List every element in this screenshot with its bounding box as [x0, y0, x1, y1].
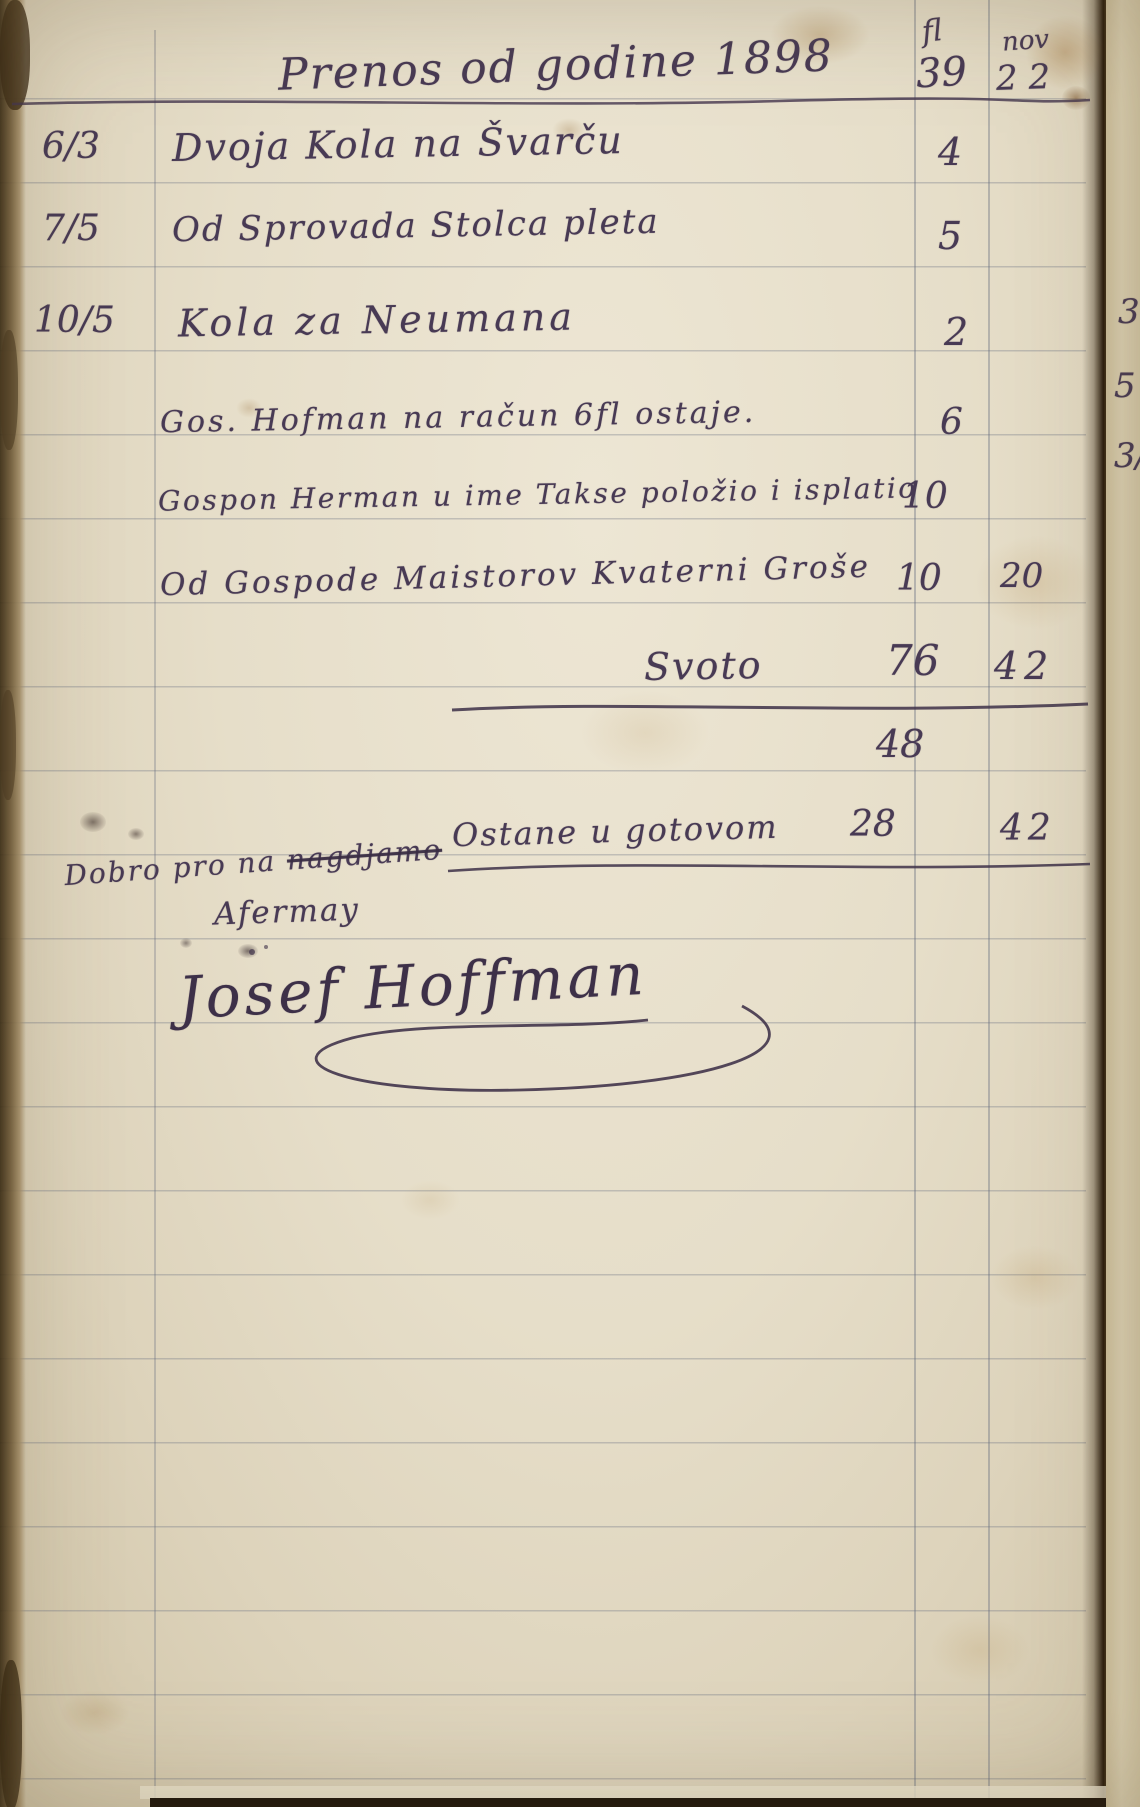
entry-fl: 10	[896, 558, 942, 599]
edge-shadow	[0, 330, 18, 450]
entry-description: Dvoja Kola na Švarču	[172, 118, 624, 170]
page-title: Prenos od godine 1898	[277, 30, 834, 100]
stain	[990, 1245, 1080, 1310]
approval-note-line2: Afermay	[213, 891, 360, 932]
entry-fl: 5	[938, 214, 962, 258]
approval-note-line1: Dobro pro na nagdjamo	[63, 833, 443, 892]
entry-fl: 4	[938, 130, 962, 174]
stain	[930, 1615, 1030, 1685]
stain	[580, 690, 710, 775]
edge-shadow	[0, 0, 30, 110]
facing-page-rules	[1106, 106, 1140, 1807]
total-underline	[452, 704, 1088, 710]
fl-column-line	[914, 0, 916, 1807]
page-bottom-edge	[140, 1786, 1106, 1799]
date-column-line	[154, 30, 156, 1807]
total-label: Svoto	[644, 643, 763, 689]
remainder-underline	[448, 864, 1090, 871]
edge-shadow	[0, 1660, 22, 1807]
carryover-nov: 2 2	[995, 57, 1050, 99]
ink-lines-overlay	[0, 0, 1140, 1807]
entry-fl: 10	[902, 476, 948, 517]
facing-page-fragment: 3	[1118, 292, 1140, 332]
book-gutter	[1082, 0, 1108, 1807]
entry-fl: 2	[944, 310, 968, 354]
entry-nov: 20	[1000, 556, 1043, 596]
entry-description: Od Gospode Maistorov Kvaterni Groše	[160, 549, 872, 604]
edge-shadow	[0, 690, 16, 800]
total-fl: 76	[886, 636, 939, 685]
ink-speck	[264, 945, 268, 949]
stain	[400, 1180, 460, 1220]
remainder-fl: 28	[850, 804, 896, 845]
entry-description: Kola za Neumana	[178, 295, 577, 346]
facing-page-sliver	[1106, 0, 1140, 1807]
entry-description: Od Sprovada Stolca pleta	[172, 202, 660, 251]
remainder-nov: 42	[1000, 808, 1056, 849]
ink-blot	[238, 944, 258, 958]
nov-column-line	[988, 0, 990, 1807]
stain	[60, 1690, 130, 1735]
photo-vignette	[0, 0, 1140, 1807]
entry-fl: 6	[940, 402, 963, 443]
column-header-nov: nov	[1001, 24, 1050, 57]
page-left-edge	[0, 0, 26, 1807]
ink-blot	[180, 938, 192, 948]
total-nov: 42	[994, 644, 1054, 688]
column-header-fl: fl	[920, 13, 944, 50]
entry-date: 7/5	[42, 208, 100, 249]
stain	[1062, 86, 1090, 110]
remainder-label: Ostane u gotovom	[452, 808, 780, 855]
carryover-fl: 39	[915, 49, 968, 98]
entry-date: 10/5	[34, 300, 115, 341]
subtracted-fl: 48	[876, 722, 924, 766]
ledger-page-scan: Prenos od godine 1898 fl nov 39 2 2 6/3 …	[0, 0, 1140, 1807]
approval-note-text: Dobro pro na	[63, 844, 277, 892]
approval-note-struck-word: nagdjamo	[286, 833, 443, 877]
facing-page-fragment: 3/	[1114, 436, 1140, 476]
page-bottom-shadow	[150, 1798, 1106, 1807]
entry-date: 6/3	[42, 126, 100, 167]
facing-page-fragment: 5	[1114, 366, 1136, 406]
header-ink-rule	[12, 99, 1090, 104]
entry-description: Gospon Herman u ime Takse položio i ispl…	[158, 471, 918, 517]
ink-blot	[128, 828, 144, 840]
ink-blot	[80, 812, 106, 832]
